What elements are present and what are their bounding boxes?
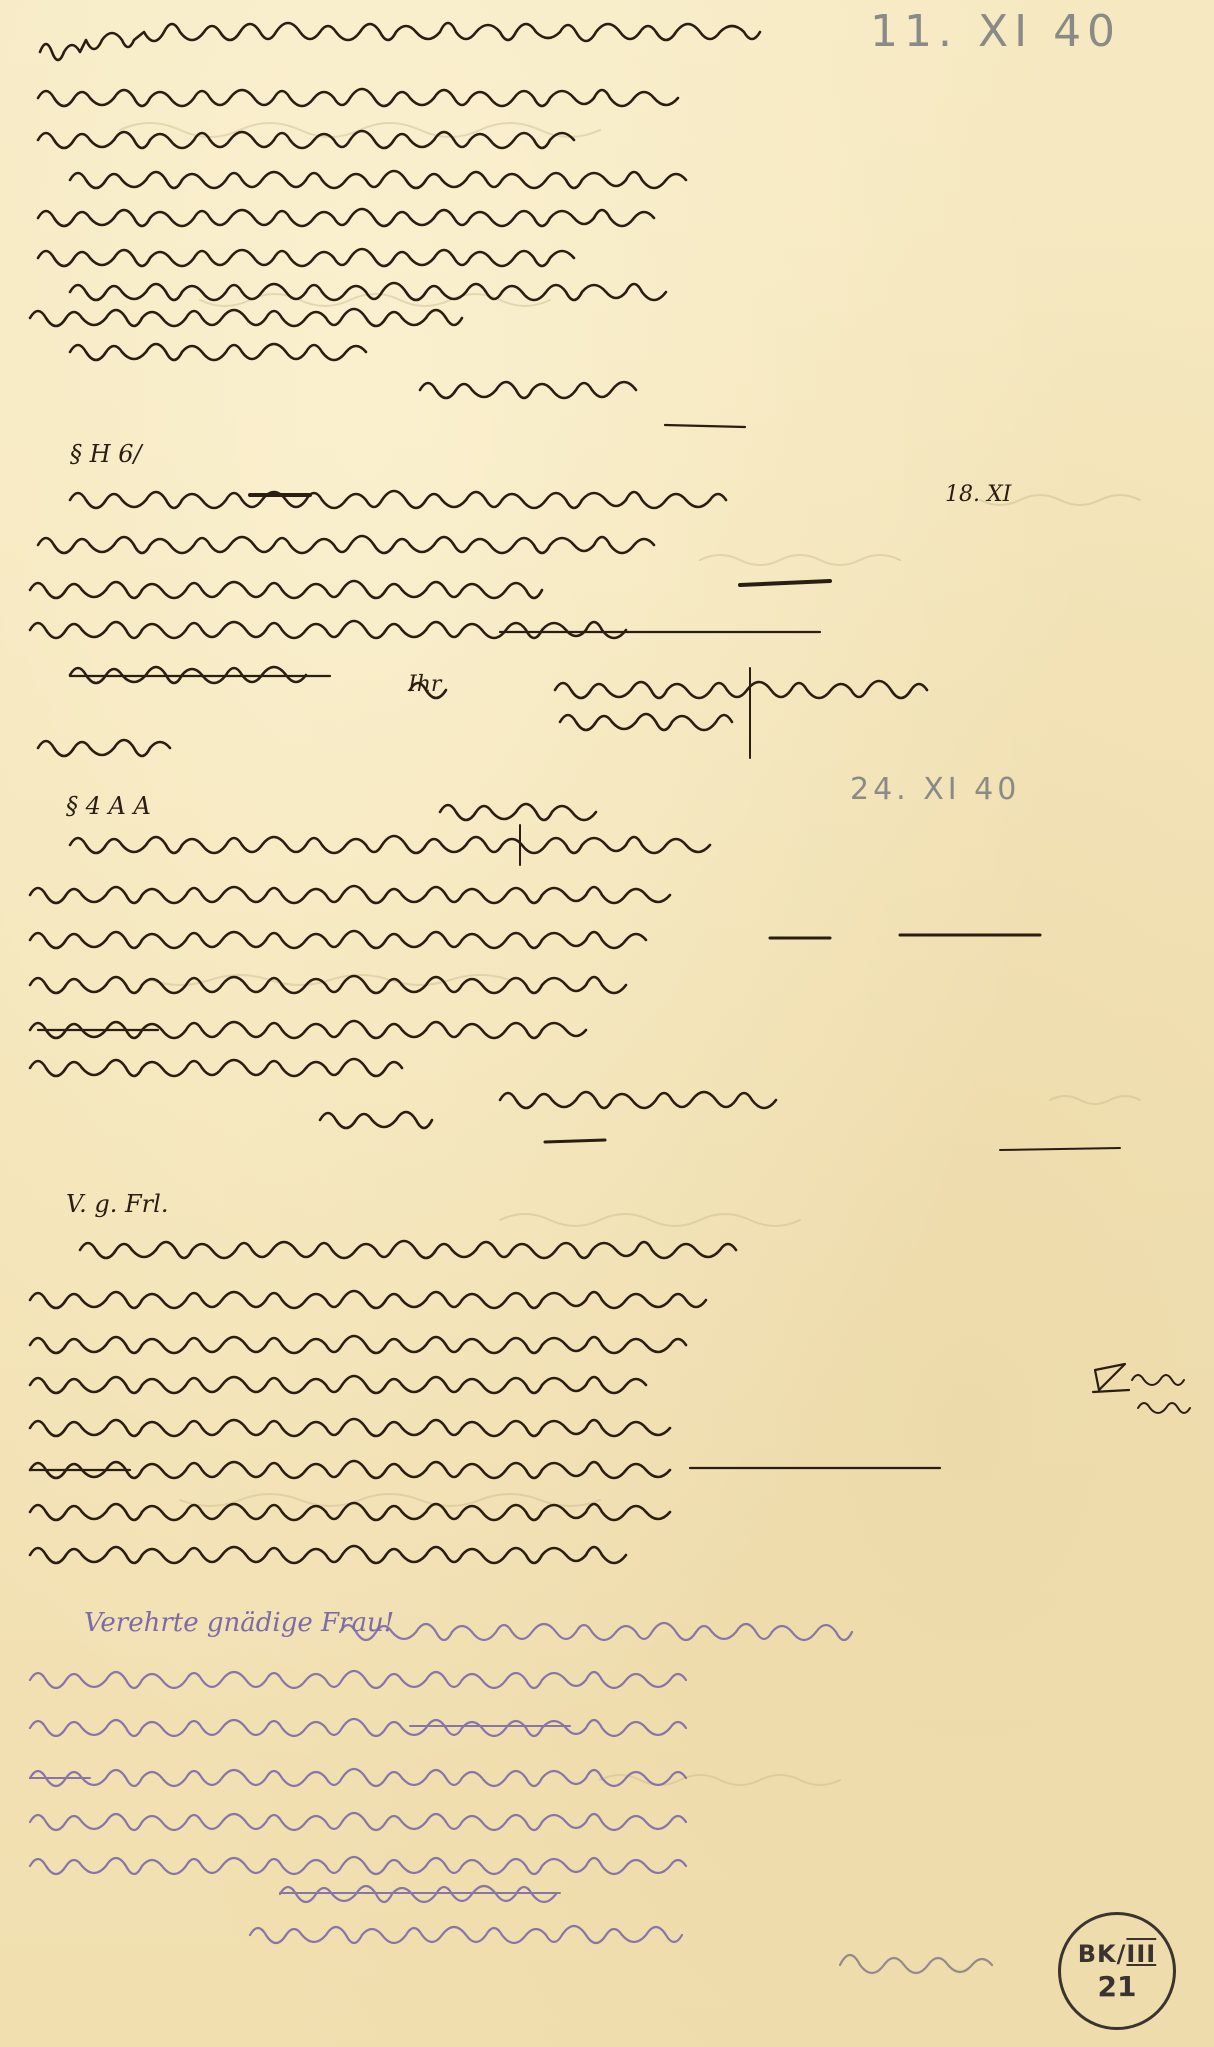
section-3-header: § 4 A A bbox=[66, 792, 151, 820]
section-4-header: V. g. Frl. bbox=[66, 1190, 168, 1218]
section-2-closing: Ihr bbox=[408, 672, 441, 697]
purple-letter-salutation: Verehrte gnädige Frau! bbox=[84, 1608, 394, 1638]
purple-pencil-layer bbox=[0, 0, 1214, 2047]
stamp-prefix: BK/ bbox=[1078, 1940, 1127, 1968]
date-section-3: 24. XI 40 bbox=[850, 772, 1020, 807]
section-2-header: § H 6/ bbox=[70, 440, 142, 468]
date-section-2: 18. XI bbox=[945, 482, 1011, 507]
stamp-top: BK/III bbox=[1078, 1940, 1156, 1968]
date-top-right: 11. XI 40 bbox=[870, 6, 1121, 57]
stamp-number: 21 bbox=[1098, 1970, 1137, 2003]
archive-stamp: BK/III 21 bbox=[1058, 1912, 1176, 2030]
stamp-roman: III bbox=[1126, 1940, 1156, 1968]
